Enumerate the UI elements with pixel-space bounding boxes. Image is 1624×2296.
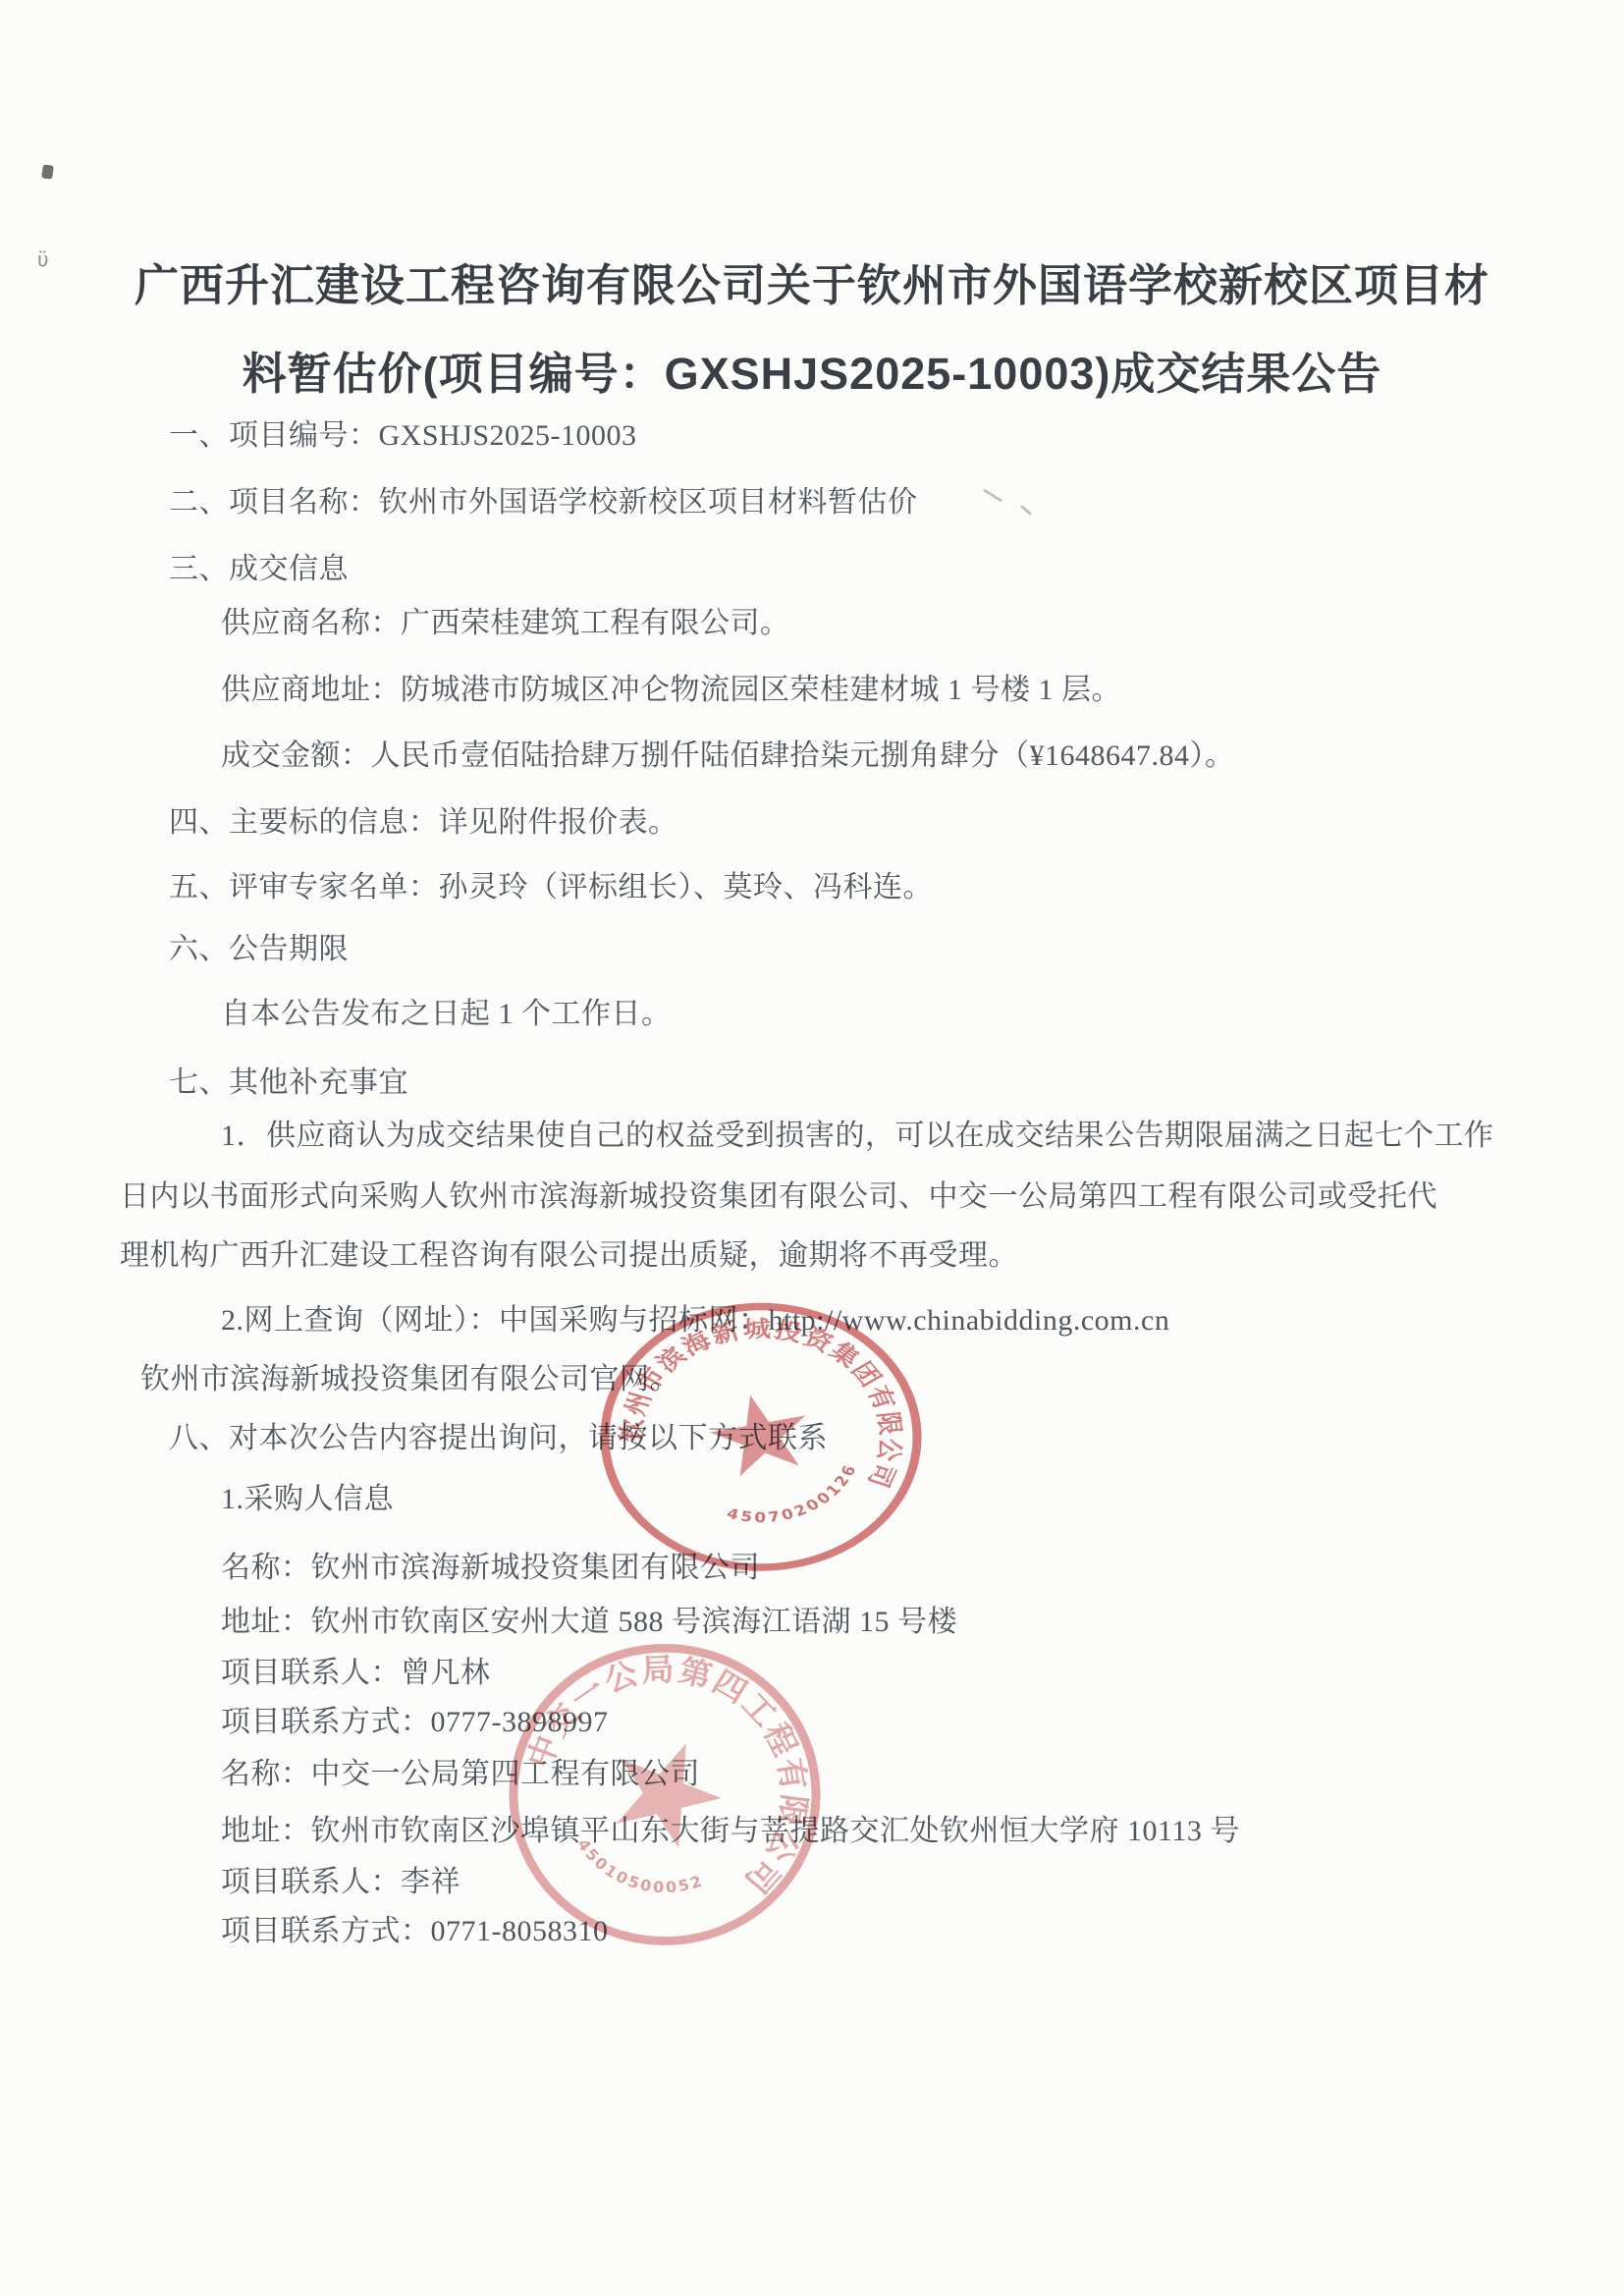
line-project-name: 二、项目名称：钦州市外国语学校新校区项目材料暂估价 (169, 486, 918, 519)
line-purchaser-name: 名称：钦州市滨海新城投资集团有限公司 (221, 1552, 760, 1585)
line-purchaser-phone: 项目联系方式：0777-3898997 (221, 1706, 609, 1739)
line-deal-amount: 成交金额：人民币壹佰陆拾肆万捌仟陆佰肆拾柒元捌角肆分（¥1648647.84）。 (221, 739, 1235, 773)
line-notice-period-body: 自本公告发布之日起 1 个工作日。 (221, 998, 672, 1031)
svg-text:钦州市滨海新城投资集团有限公司: 钦州市滨海新城投资集团有限公司 (616, 1316, 905, 1493)
line-contact-heading: 八、对本次公告内容提出询问，请按以下方式联系 (169, 1422, 828, 1455)
buyer-company-seal: 钦州市滨海新城投资集团有限公司 4507020012640 (584, 1289, 938, 1643)
scanned-document-page: ϋ 广西升汇建设工程咨询有限公司关于钦州市外国语学校新校区项目材 料暂估价(项目… (0, 0, 1624, 2296)
scan-mark (1020, 505, 1033, 516)
line-supplier-address: 供应商地址：防城港市防城区冲仑物流园区荣桂建材城 1 号楼 1 层。 (221, 674, 1121, 707)
line-supplier-name: 供应商名称：广西荣桂建筑工程有限公司。 (221, 607, 790, 640)
line-purchaser-contact: 项目联系人：曾凡林 (221, 1657, 491, 1690)
line-notice-period-head: 六、公告期限 (169, 933, 349, 966)
line-web-query-cont: 钦州市滨海新城投资集团有限公司官网。 (140, 1363, 679, 1396)
line-subject-info: 四、主要标的信息：详见附件报价表。 (169, 806, 678, 840)
document-title-line1: 广西升汇建设工程咨询有限公司关于钦州市外国语学校新校区项目材 (0, 242, 1624, 330)
line-purchaser-info-head: 1.采购人信息 (221, 1483, 394, 1516)
line-contractor-contact: 项目联系人：李祥 (221, 1866, 460, 1899)
document-title: 广西升汇建设工程咨询有限公司关于钦州市外国语学校新校区项目材 料暂估价(项目编号… (0, 242, 1624, 418)
line-other-matters-head: 七、其他补充事宜 (169, 1066, 408, 1100)
line-purchaser-address: 地址：钦州市钦南区安州大道 588 号滨海江语湖 15 号楼 (221, 1606, 957, 1639)
scan-mark (983, 488, 1002, 502)
line-project-number: 一、项目编号：GXSHJS2025-10003 (169, 419, 637, 453)
line-para1-row3: 理机构广西升汇建设工程咨询有限公司提出质疑，逾期将不再受理。 (120, 1239, 1018, 1273)
line-web-query: 2.网上查询（网址）：中国采购与招标网：http://www.chinabidd… (221, 1304, 1169, 1338)
line-para1-row2: 日内以书面形式向采购人钦州市滨海新城投资集团有限公司、中交一公局第四工程有限公司… (120, 1180, 1437, 1214)
line-expert-list: 五、评审专家名单：孙灵玲（评标组长）、莫玲、冯科连。 (169, 871, 933, 904)
seal-ring (514, 1648, 816, 1941)
line-contractor-address: 地址：钦州市钦南区沙埠镇平山东大街与菩提路交汇处钦州恒大学府 10113 号 (221, 1815, 1240, 1848)
line-para1-row1: 1．供应商认为成交结果使自己的权益受到损害的，可以在成交结果公告期限届满之日起七… (221, 1120, 1494, 1153)
seal-company-name: 钦州市滨海新城投资集团有限公司 (616, 1316, 905, 1493)
line-contractor-phone: 项目联系方式：0771-8058310 (221, 1915, 609, 1948)
document-title-line2: 料暂估价(项目编号：GXSHJS2025-10003)成交结果公告 (0, 330, 1624, 418)
line-deal-info-heading: 三、成交信息 (169, 553, 349, 586)
scan-speck (41, 164, 54, 179)
line-contractor-name: 名称：中交一公局第四工程有限公司 (221, 1758, 700, 1791)
